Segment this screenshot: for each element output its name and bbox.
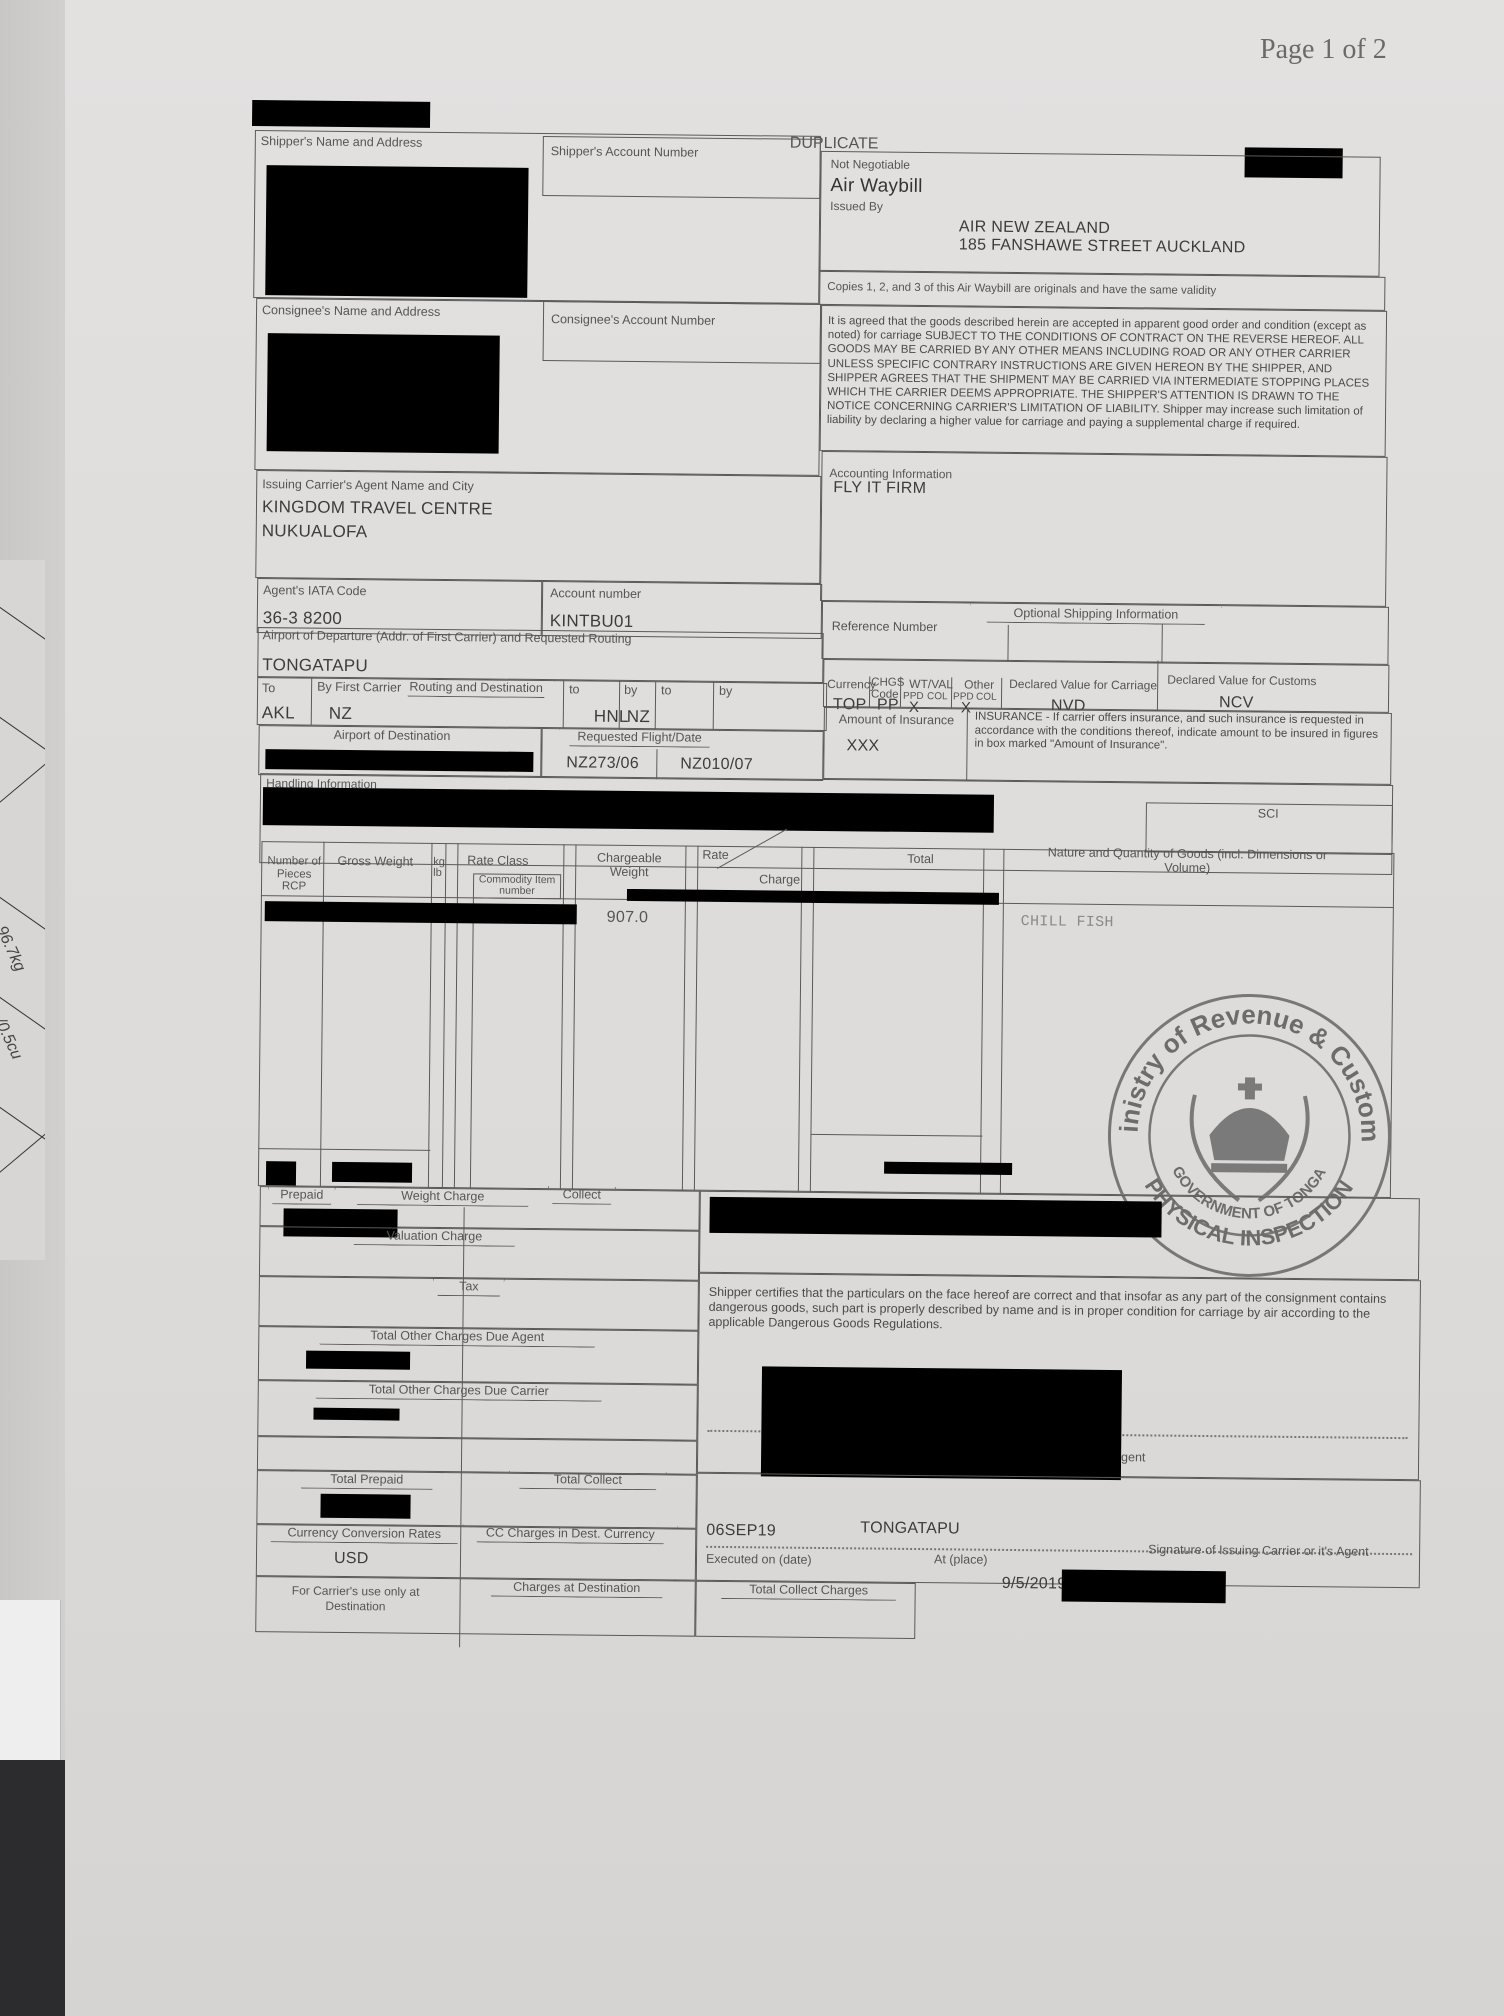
charges-at-destination-tab: Charges at Destination xyxy=(478,1578,676,1598)
conditions-text: It is agreed that the goods described he… xyxy=(827,314,1376,433)
prepaid-tab: Prepaid xyxy=(268,1186,336,1205)
optional-shipping-tab: Optional Shipping Information xyxy=(970,605,1222,626)
col-rate-class-header: Rate Class xyxy=(467,853,528,868)
redacted-grand-total xyxy=(884,1162,1012,1175)
col-total-header: Total xyxy=(907,852,934,866)
redacted-awb-footer xyxy=(1062,1570,1226,1604)
total-collect-tab: Total Collect xyxy=(509,1471,667,1491)
declared-customs-value: NCV xyxy=(1219,694,1254,712)
declared-customs-label: Declared Value for Customs xyxy=(1167,673,1316,689)
col-commodity-header: Commodity Item number xyxy=(476,874,558,897)
redacted-shipper-signature xyxy=(761,1366,1122,1480)
desk-surface xyxy=(0,1760,75,2016)
by2-carrier: NZ xyxy=(627,707,650,727)
first-carrier-label: By First Carrier xyxy=(317,680,401,695)
issued-by-label: Issued By xyxy=(830,199,883,214)
col-rate-header: Rate xyxy=(702,848,729,862)
other-charges-carrier-tab: Total Other Charges Due Carrier xyxy=(294,1380,624,1401)
shipper-label: Shipper's Name and Address xyxy=(261,134,423,150)
document-title: Air Waybill xyxy=(830,175,923,198)
accounting-value: FLY IT FIRM xyxy=(833,479,926,498)
redacted-consignee-address xyxy=(267,333,500,453)
redacted-other-charges xyxy=(709,1197,1161,1238)
carrier-signature-label: Signature of Issuing Carrier or it's Age… xyxy=(1148,1542,1369,1558)
redacted-agent-charges xyxy=(306,1351,410,1370)
consignee-label: Consignee's Name and Address xyxy=(262,303,440,319)
reference-label: Reference Number xyxy=(832,619,938,634)
air-waybill-form: DUPLICATE Shipper's Name and Address Shi… xyxy=(238,125,1425,1787)
account-number-label: Account number xyxy=(550,586,641,601)
collect-tab: Collect xyxy=(548,1186,616,1205)
certification-text: Shipper certifies that the particulars o… xyxy=(708,1285,1408,1337)
iata-label: Agent's IATA Code xyxy=(263,583,367,598)
tax-tab: Tax xyxy=(433,1278,505,1297)
conversion-value: USD xyxy=(334,1550,369,1568)
col-nature-header: Nature and Quantity of Goods (incl. Dime… xyxy=(1037,845,1337,876)
redacted-carrier-charges xyxy=(313,1408,399,1421)
first-carrier: NZ xyxy=(329,704,352,724)
blank-row xyxy=(257,1436,697,1475)
consignee-account-box xyxy=(543,301,822,364)
redacted-pieces-weight xyxy=(265,901,577,924)
nature-of-goods: CHILL FISH xyxy=(1021,913,1114,931)
executed-date-label: Executed on (date) xyxy=(706,1552,812,1567)
insurance-value: XXX xyxy=(846,737,879,755)
wtval-label: WT/VAL xyxy=(909,677,953,691)
to-airport: AKL xyxy=(262,703,295,723)
edge-volume-text: /0.5cu xyxy=(0,1015,25,1062)
by3-label: by xyxy=(719,684,732,698)
agent-label: Issuing Carrier's Agent Name and City xyxy=(262,477,474,493)
issuer-name: AIR NEW ZEALAND xyxy=(959,218,1110,238)
other-label: Other xyxy=(964,677,994,691)
edge-weight-text: 96.7kg xyxy=(0,923,28,974)
shipper-signature-label-end: gent xyxy=(1121,1450,1145,1464)
col-gross-weight-header: Gross Weight xyxy=(335,854,415,869)
other-col-label: COL xyxy=(976,692,997,703)
executed-date: 06SEP19 xyxy=(706,1522,776,1541)
to2-label: to xyxy=(569,682,580,696)
redacted-total-weight xyxy=(332,1162,412,1183)
sci-label: SCI xyxy=(1258,807,1279,821)
execution-box xyxy=(696,1473,1421,1589)
weight-charge-tab: Weight Charge xyxy=(344,1187,542,1207)
routing-destination-tab: Routing and Destination xyxy=(397,679,555,699)
issuer-address: 185 FANSHAWE STREET AUCKLAND xyxy=(959,236,1246,257)
insurance-notice: INSURANCE - If carrier offers insurance,… xyxy=(974,711,1382,756)
wtval-col-label: COL xyxy=(927,691,948,702)
redacted-total-pieces xyxy=(266,1161,296,1185)
to-label: To xyxy=(262,681,275,695)
col-chargeable-weight-header: Chargeable Weight xyxy=(579,850,679,879)
chargeable-weight-value: 907.0 xyxy=(607,909,649,927)
to3-label: to xyxy=(661,683,672,697)
other-charges-agent-tab: Total Other Charges Due Agent xyxy=(298,1327,616,1348)
underlying-sheet-edge: 96.7kg /0.5cu xyxy=(0,560,45,1260)
col-unit-header: kg lb xyxy=(433,857,445,879)
account-number: KINTBU01 xyxy=(550,611,634,632)
agent-city: NUKUALOFA xyxy=(262,521,368,542)
total-prepaid-tab: Total Prepaid xyxy=(291,1470,443,1490)
conversion-rates-tab: Currency Conversion Rates xyxy=(256,1524,472,1544)
paper-stack xyxy=(0,1600,61,1770)
carrier-use-label: For Carrier's use only at Destination xyxy=(273,1583,437,1615)
shipper-account-label: Shipper's Account Number xyxy=(551,144,699,160)
cc-charges-tab: CC Charges in Dest. Currency xyxy=(462,1524,678,1544)
flight-box xyxy=(541,728,824,781)
to2-airport: HNL xyxy=(594,707,629,727)
departure-airport: TONGATAPU xyxy=(262,655,368,676)
iata-code: 36-3 8200 xyxy=(263,608,342,629)
redacted-total-prepaid xyxy=(320,1494,410,1519)
destination-label: Airport of Destination xyxy=(334,728,451,743)
executed-place-label: At (place) xyxy=(934,1552,988,1567)
redacted-handling-info xyxy=(263,787,994,833)
valuation-charge-tab: Valuation Charge xyxy=(341,1227,527,1247)
col-pieces-header: Number of Pieces RCP xyxy=(265,855,323,893)
redacted-destination xyxy=(265,749,533,772)
executed-place: TONGATAPU xyxy=(860,1519,960,1538)
footer-date: 9/5/2019 xyxy=(1002,1575,1067,1594)
by2-label: by xyxy=(624,683,637,697)
redacted-awb-number xyxy=(252,100,430,128)
total-collect-charges-tab: Total Collect Charges xyxy=(708,1581,910,1601)
col-charge-header: Charge xyxy=(759,872,800,886)
consignee-account-label: Consignee's Account Number xyxy=(551,312,715,328)
not-negotiable-label: Not Negotiable xyxy=(831,157,911,172)
insurance-label: Amount of Insurance xyxy=(839,712,954,727)
agent-name: KINGDOM TRAVEL CENTRE xyxy=(262,497,493,519)
declared-carriage-label: Declared Value for Carriage xyxy=(1009,677,1157,693)
page-indicator: Page 1 of 2 xyxy=(1260,34,1387,66)
redacted-shipper-address xyxy=(265,165,528,298)
